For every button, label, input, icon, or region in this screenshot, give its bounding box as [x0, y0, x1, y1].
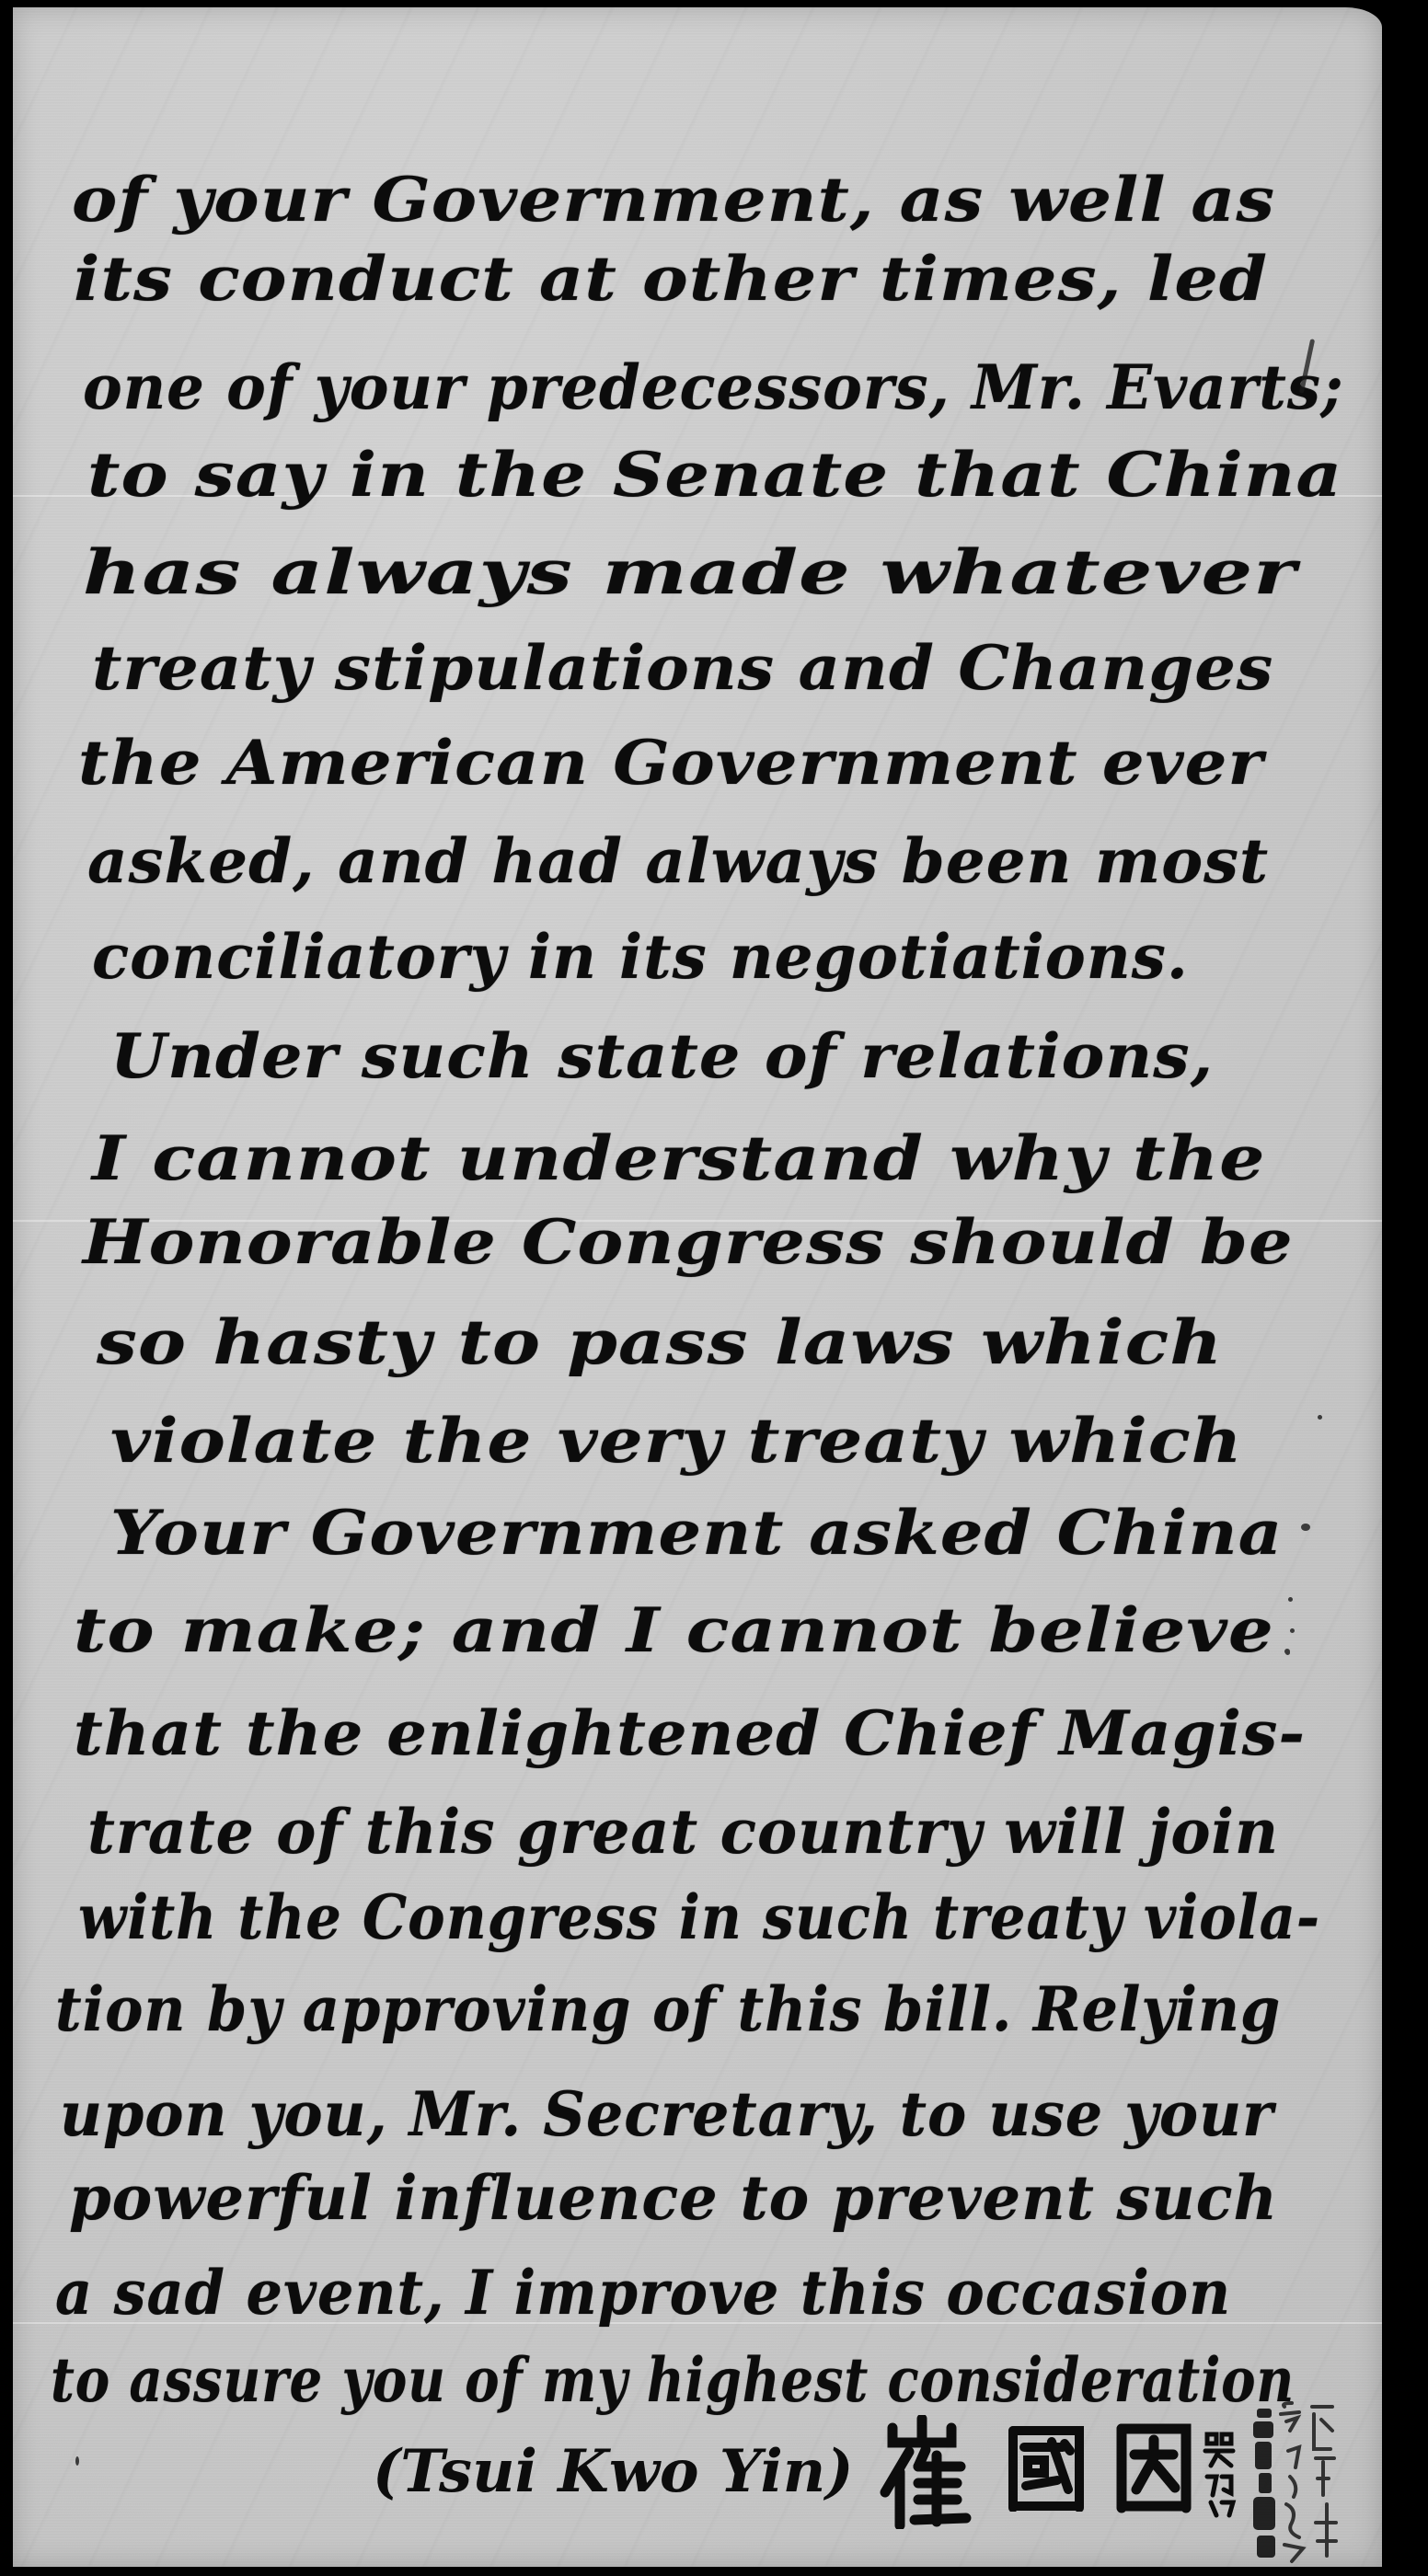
letter-line-18: trate of this great country will join [87, 1801, 1279, 1862]
signature-char-guo [1008, 2425, 1085, 2512]
letter-line-5: has always made whatever [83, 542, 1297, 603]
letter-line-17: that the enlightened Chief Magis- [74, 1703, 1306, 1764]
letter-line-15: Your Government asked China [110, 1502, 1283, 1563]
signature-romanized: (Tsui Kwo Yin) [373, 2443, 854, 2501]
letter-line-10: Under such state of relations, [110, 1026, 1214, 1087]
letter-line-13: so hasty to pass laws which [97, 1312, 1223, 1373]
letter-line-1: of your Government, as well as [72, 169, 1275, 230]
letter-line-2: its conduct at other times, led [74, 248, 1268, 309]
ink-speck [1288, 1597, 1293, 1602]
letter-line-19: with the Congress in such treaty viola- [78, 1887, 1320, 1948]
letter-line-24: to assure you of my highest consideratio… [51, 2350, 1295, 2410]
letter-line-11: I cannot understand why the [92, 1128, 1266, 1189]
letter-line-9: conciliatory in its negotiations. [92, 926, 1189, 987]
letter-line-20: tion by approving of this bill. Relying [55, 1979, 1281, 2040]
letter-line-22: powerful influence to prevent such [69, 2168, 1278, 2228]
letter-line-21: upon you, Mr. Secretary, to use your [60, 2084, 1274, 2145]
ink-speck [1301, 1524, 1310, 1531]
letter-line-16: to make; and I cannot believe [74, 1600, 1274, 1661]
ink-speck [1290, 1628, 1295, 1633]
signature-annotation-small [1202, 2429, 1238, 2519]
ink-speck [1318, 1415, 1322, 1420]
ink-speck [75, 2456, 79, 2466]
signature-char-cui [872, 2415, 972, 2529]
letter-line-23: a sad event, I improve this occasion [55, 2262, 1231, 2323]
official-seal [1244, 2394, 1347, 2565]
letter-line-12: Honorable Congress should be [83, 1212, 1294, 1272]
letter-line-6: treaty stipulations and Changes [92, 638, 1273, 698]
letter-line-8: asked, and had always been most [87, 831, 1269, 891]
letter-line-4: to say in the Senate that China [87, 444, 1342, 505]
letter-line-14: violate the very treaty which [110, 1410, 1243, 1471]
letter-line-7: the American Government ever [78, 732, 1263, 793]
letter-line-3: one of your predecessors, Mr. Evarts; [83, 357, 1343, 418]
signature-char-yin [1114, 2421, 1193, 2513]
ink-speck [1284, 1649, 1290, 1654]
